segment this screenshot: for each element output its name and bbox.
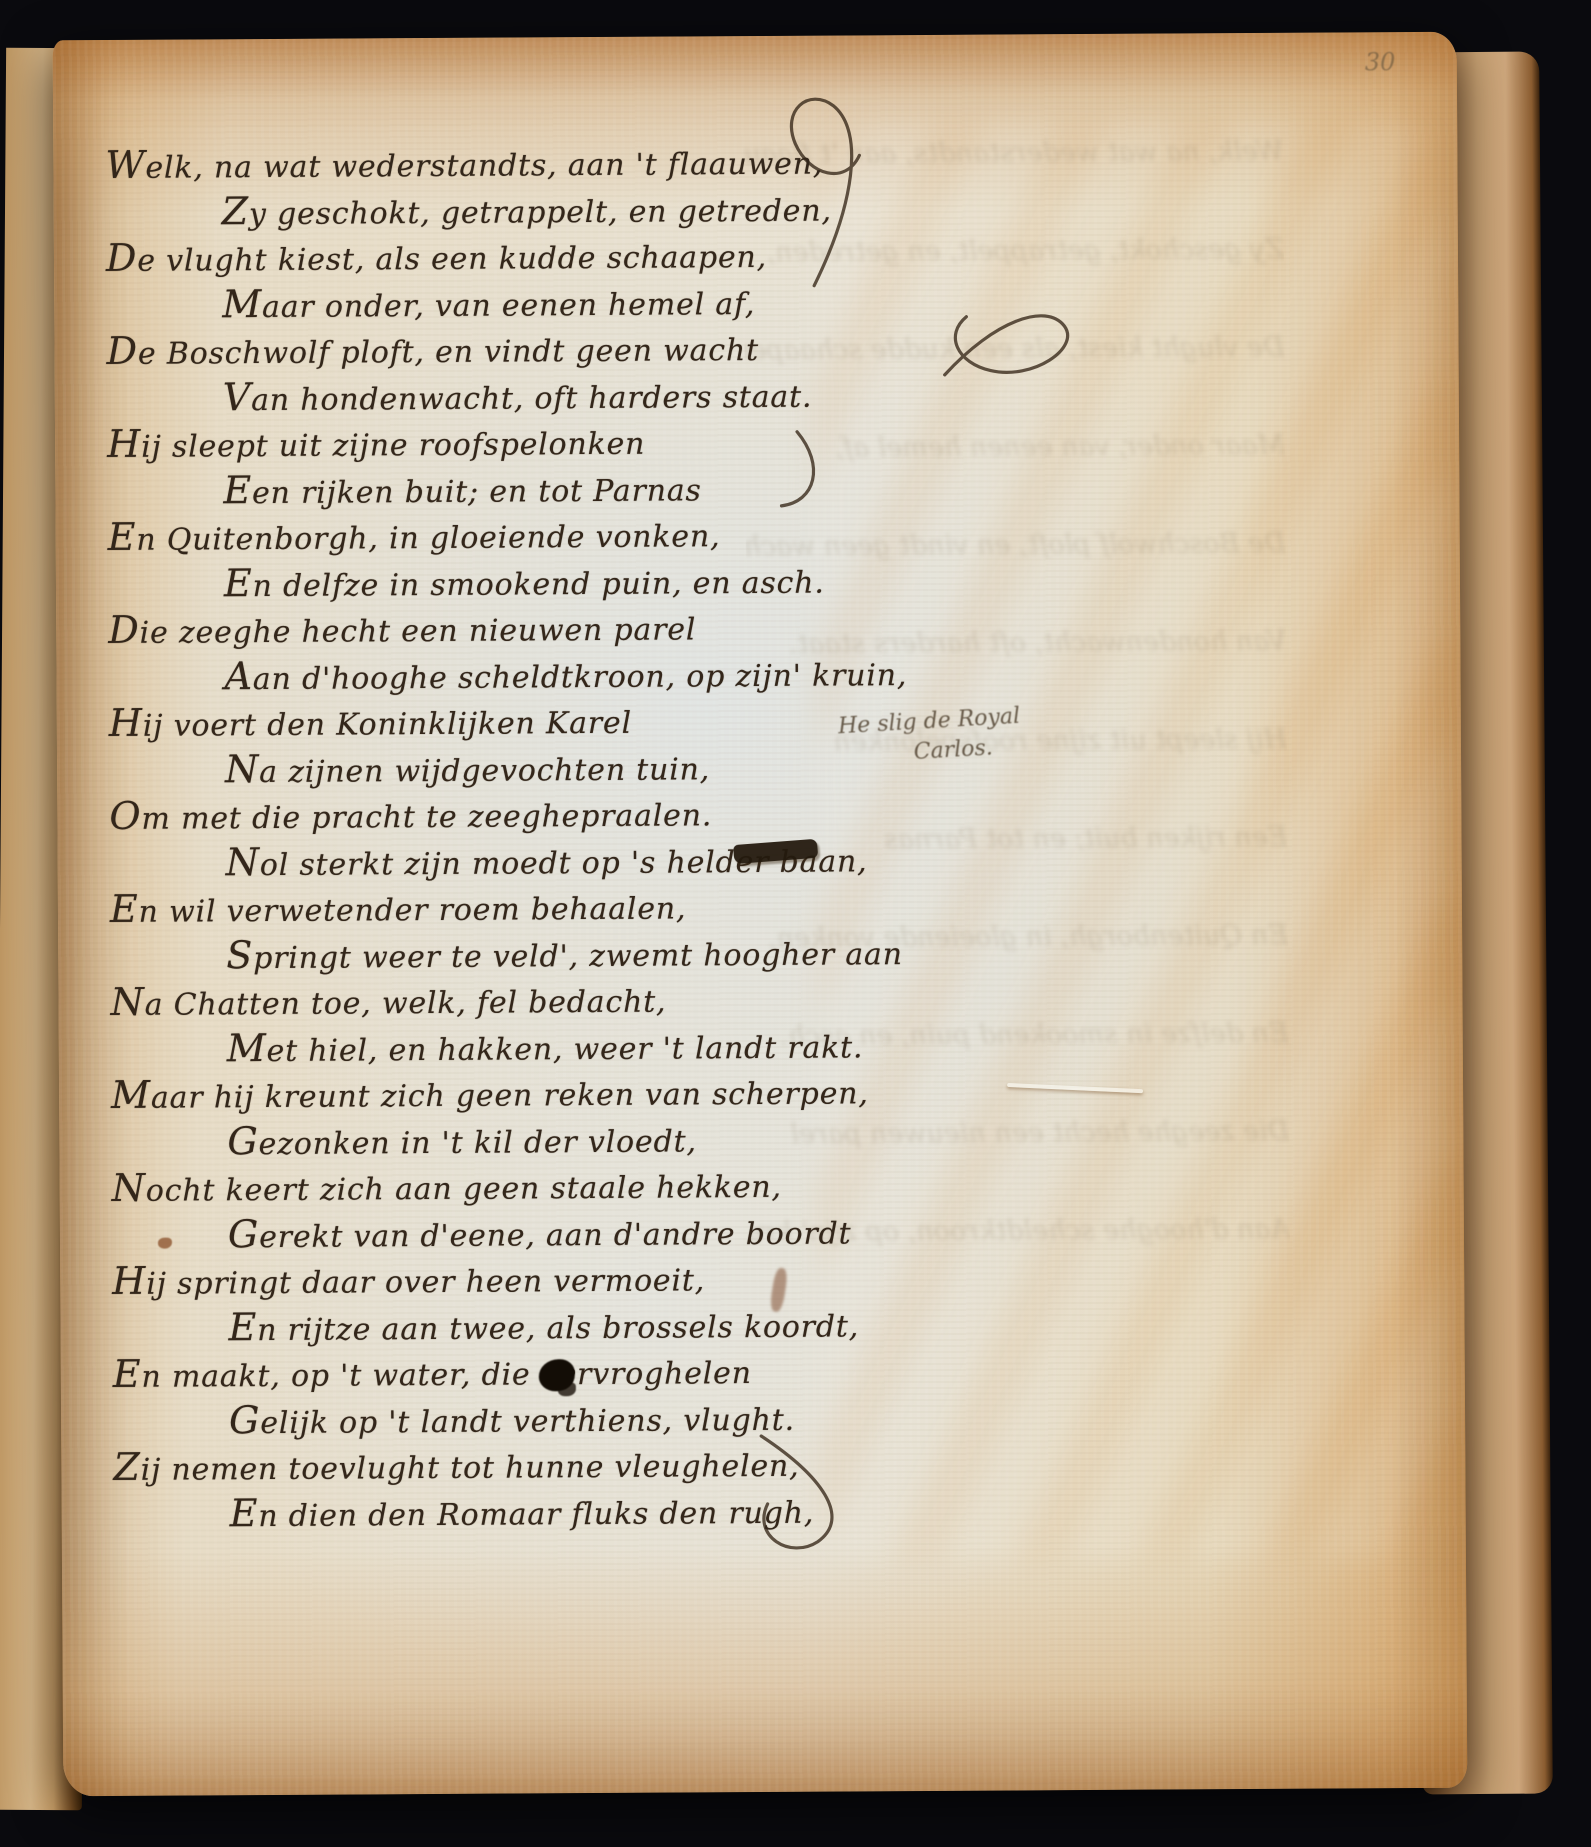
manuscript-line: Welk, na wat wederstandts, aan 't flaauw… (105, 136, 1375, 190)
manuscript-line: Die zeeghe hecht een nieuwen parel (108, 601, 1378, 655)
manuscript-line: Nocht keert zich aan geen staale hekken, (112, 1159, 1382, 1213)
page-number: 30 (1365, 48, 1396, 76)
manuscript-line: Gelijk op 't landt verthiens, vlught. (113, 1392, 1383, 1446)
marginal-note: He slig de Royal Carlos. (837, 702, 1022, 773)
manuscript-line: De Boschwolf ploft, en vindt geen wacht (106, 322, 1376, 376)
manuscript-line: Aan d'hooghe scheldtkroon, op zijn' krui… (108, 648, 1378, 702)
manuscript-line: En wil verwetender roem behaalen, (110, 880, 1380, 934)
photo-background: { "page": { "number": "30", "background_… (0, 0, 1591, 1847)
manuscript-line: En dien den Romaar fluks den rugh, (114, 1485, 1384, 1539)
manuscript-line: En rijtze aan twee, als brossels koordt, (112, 1299, 1382, 1353)
manuscript-line: Maar onder, van eenen hemel af, (106, 276, 1376, 330)
manuscript-line: Om met die pracht te zeeghepraalen. (109, 787, 1379, 841)
manuscript-line: Hij voert den Koninklijken Karel (109, 694, 1379, 748)
manuscript-line: Gezonken in 't kil der vloedt, (111, 1113, 1381, 1167)
ink-blot (539, 1359, 575, 1391)
text-block: Welk, na wat wederstandts, aan 't flaauw… (105, 136, 1383, 1539)
manuscript-line: Zij nemen toevlught tot hunne vleughelen… (113, 1438, 1383, 1492)
manuscript-page: 30 Welk, na wat wederstandts, aan 't fla… (53, 32, 1468, 1797)
manuscript-line: Na Chatten toe, welk, fel bedacht, (110, 973, 1380, 1027)
manuscript-line: En delfze in smookend puin, en asch. (108, 555, 1378, 609)
photograph: 30 Welk, na wat wederstandts, aan 't fla… (0, 0, 1591, 1847)
manuscript-line: Gerekt van d'eene, aan d'andre boordt (112, 1206, 1382, 1260)
manuscript-line: En maakt, op 't water, die vervroghelen (113, 1345, 1383, 1399)
manuscript-line: Met hiel, en hakken, weer 't landt rakt. (111, 1020, 1381, 1074)
manuscript-line: Hij springt daar over heen vermoeit, (112, 1252, 1382, 1306)
manuscript-line: Hij sleept uit zijne roofspelonken (107, 415, 1377, 469)
manuscript-line: Springt weer te veld', zwemt hoogher aan (110, 927, 1380, 981)
manuscript-line: En Quitenborgh, in gloeiende vonken, (108, 508, 1378, 562)
manuscript-line: Maar hij kreunt zich geen reken van sche… (111, 1066, 1381, 1120)
manuscript-line: Van hondenwacht, oft harders staat. (107, 369, 1377, 423)
manuscript-line: De vlught kiest, als een kudde schaapen, (106, 229, 1376, 283)
manuscript-line: Zy geschokt, getrappelt, en getreden, (106, 183, 1376, 237)
manuscript-line: Na zijnen wijdgevochten tuin, (109, 741, 1379, 795)
manuscript-line: Een rijken buit; en tot Parnas (107, 462, 1377, 516)
